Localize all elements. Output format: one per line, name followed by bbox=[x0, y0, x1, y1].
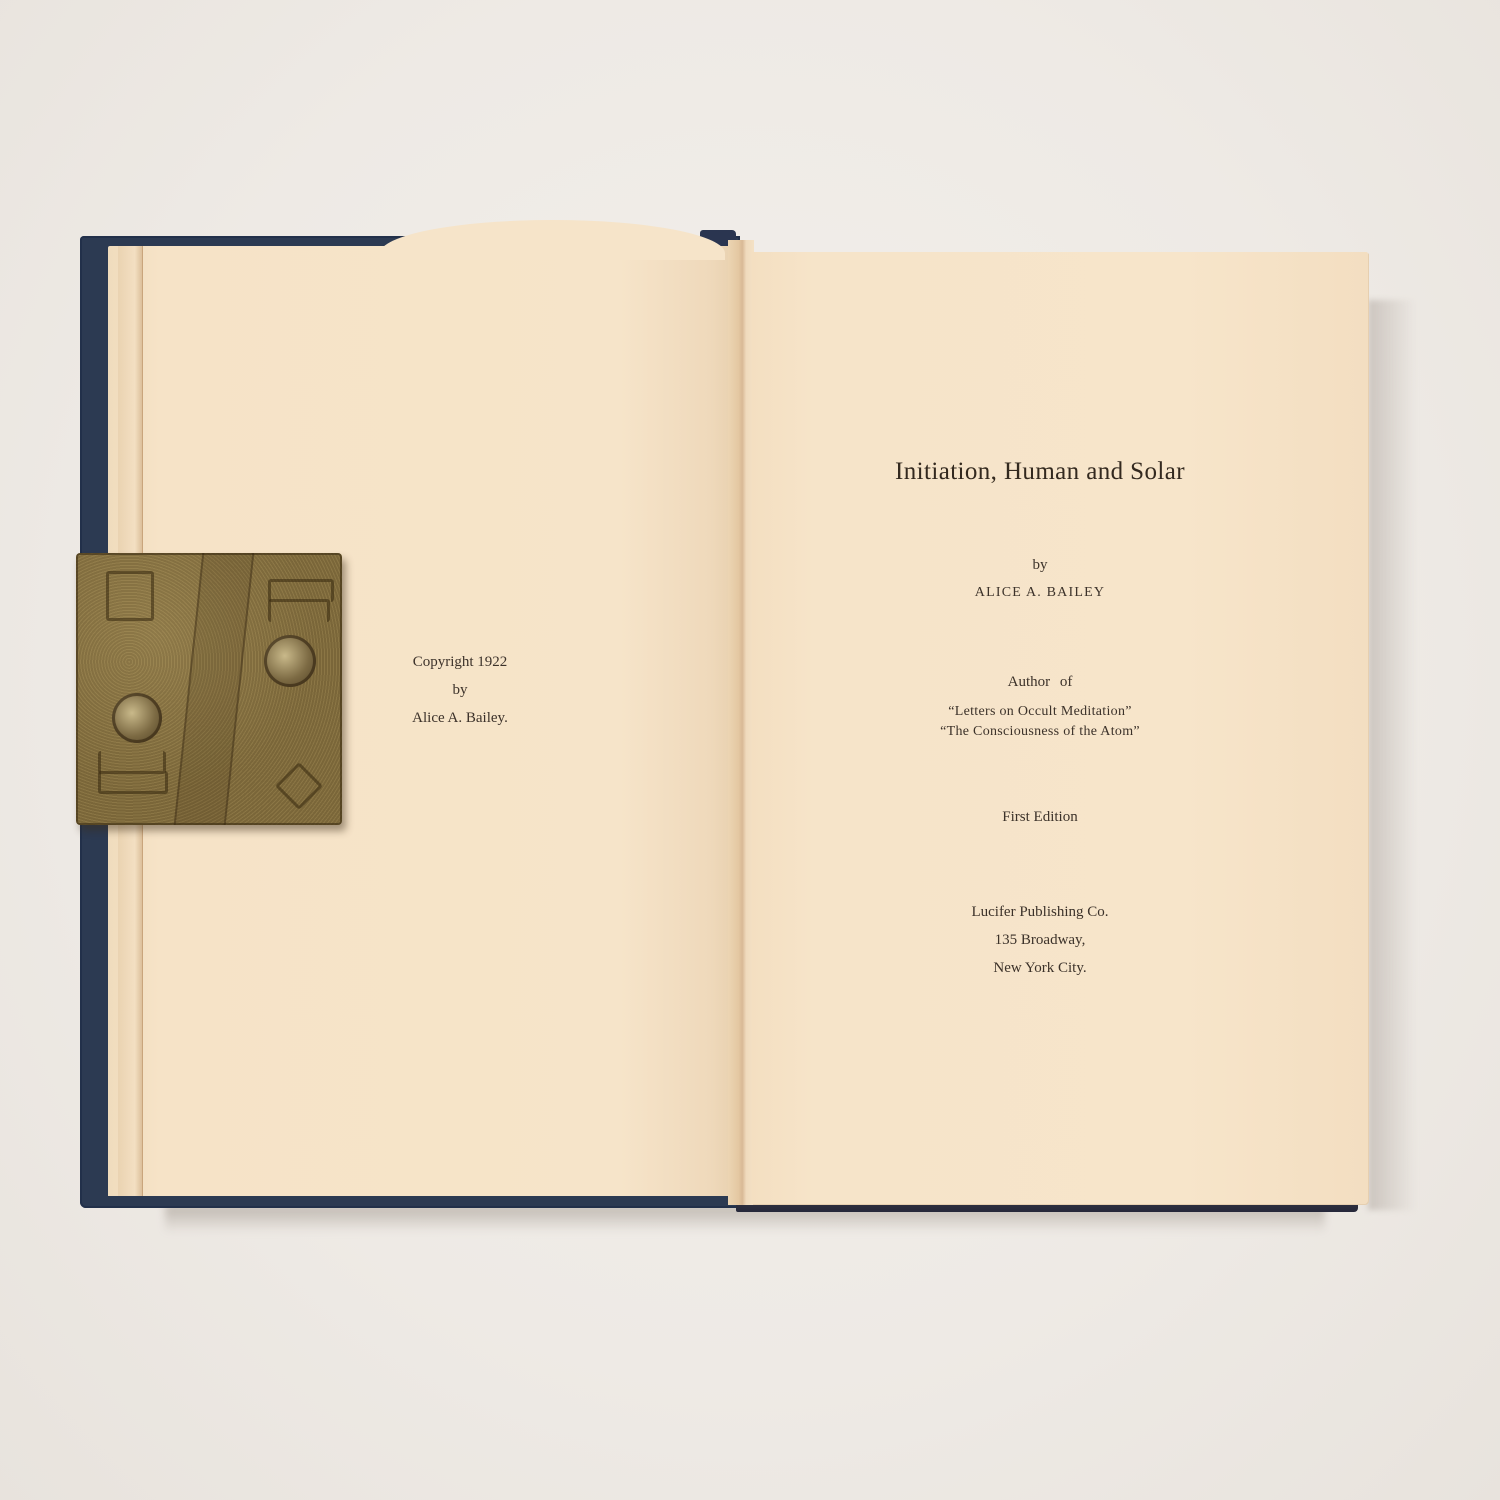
book-shadow-right bbox=[1368, 300, 1416, 1210]
author-name: ALICE A. BAILEY bbox=[752, 585, 1328, 601]
book-gutter bbox=[728, 240, 754, 1205]
previous-works: “Letters on Occult Meditation” “The Cons… bbox=[752, 702, 1328, 742]
paperweight-step-relief bbox=[268, 599, 330, 622]
book-photo-scene: Copyright 1922 by Alice A. Bailey. Initi… bbox=[0, 0, 1500, 1500]
publisher-block: Lucifer Publishing Co. 135 Broadway, New… bbox=[752, 898, 1328, 982]
paperweight-round-stone bbox=[112, 693, 162, 743]
copyright-line: Copyright 1922 bbox=[380, 648, 540, 676]
byline-by: by bbox=[752, 557, 1328, 574]
paperweight-channel bbox=[174, 553, 255, 825]
book-title: Initiation, Human and Solar bbox=[752, 458, 1328, 486]
publisher-city: New York City. bbox=[752, 954, 1328, 982]
paperweight-square-relief bbox=[106, 571, 154, 621]
work-title: “The Consciousness of the Atom” bbox=[752, 722, 1328, 742]
copyright-notice: Copyright 1922 by Alice A. Bailey. bbox=[380, 648, 540, 732]
paperweight-diamond-relief bbox=[275, 762, 323, 810]
paperweight-step-relief bbox=[98, 771, 168, 794]
bronze-paperweight bbox=[76, 553, 342, 825]
edition-label: First Edition bbox=[752, 809, 1328, 826]
paperweight-round-stone bbox=[264, 635, 316, 687]
author-of-label: Author of bbox=[752, 674, 1328, 691]
publisher-name: Lucifer Publishing Co. bbox=[752, 898, 1328, 926]
publisher-address: 135 Broadway, bbox=[752, 926, 1328, 954]
work-title: “Letters on Occult Meditation” bbox=[752, 702, 1328, 722]
copyright-by: by bbox=[380, 676, 540, 704]
copyright-name: Alice A. Bailey. bbox=[380, 704, 540, 732]
left-page-curl bbox=[380, 220, 725, 260]
